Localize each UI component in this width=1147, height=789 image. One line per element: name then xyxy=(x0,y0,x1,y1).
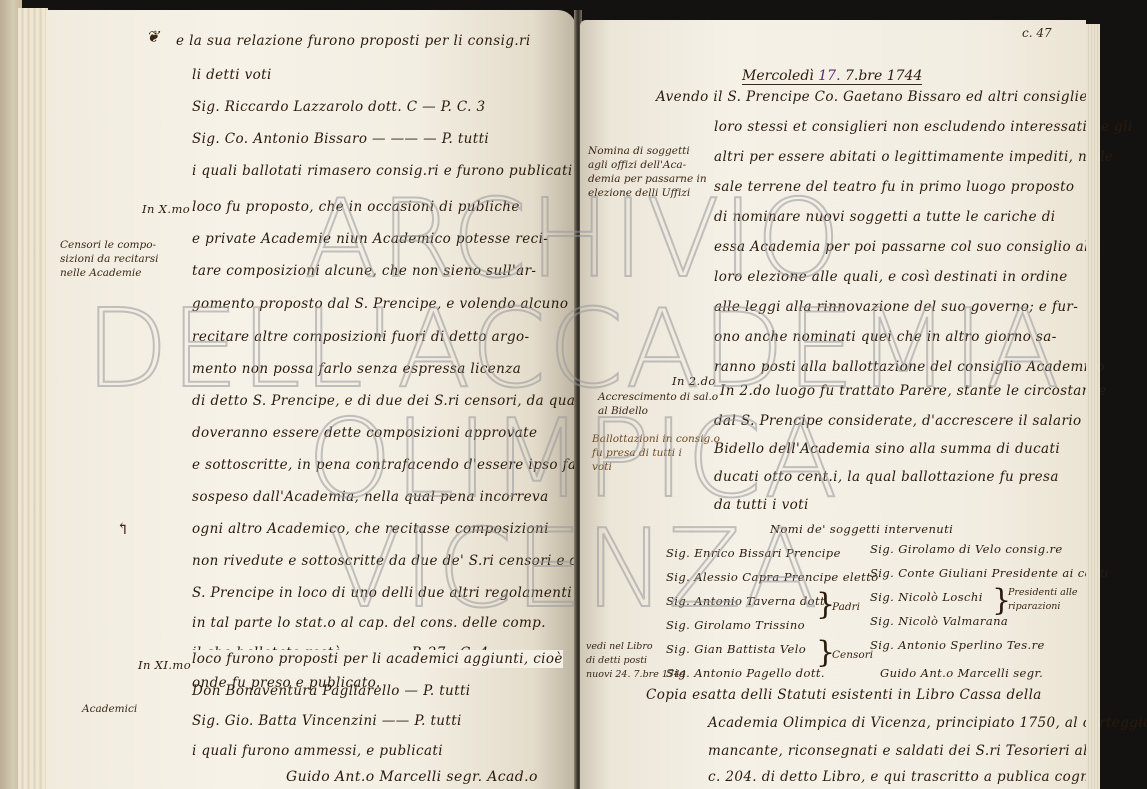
attendee: Sig. Conte Giuliani Presidente ai conti xyxy=(870,564,1109,582)
page-stack-right xyxy=(1086,24,1100,789)
text-line: mancante, riconsegnati e saldati dei S.r… xyxy=(708,742,1101,760)
attendee: Sig. Gian Battista Velo xyxy=(666,640,806,658)
group-label-censori: Censori xyxy=(832,648,873,662)
text-line: Copia esatta delli Statuti esistenti in … xyxy=(646,686,1042,704)
text-line: loro stessi et consiglieri non escludend… xyxy=(714,118,1133,136)
text-line: ranno posti alla ballottazione del consi… xyxy=(714,358,1105,376)
text-line: Don Bonaventura Pagliarello — P. tutti xyxy=(192,682,471,700)
attendee: Sig. Alessio Capra Prencipe eletto xyxy=(666,568,879,586)
attendee: Sig. Antonio Sperlino Tes.re xyxy=(870,636,1045,654)
margin-note-vedi: vedi nel Libro di detti posti nuovi 24. … xyxy=(586,640,686,682)
margin-note-ballottazione: Ballottazioni in consig.o fu presa di tu… xyxy=(592,432,720,474)
text-line: alle leggi alla rinnovazione del suo gov… xyxy=(714,298,1078,316)
text-line: Bidello dell'Academia sino alla summa di… xyxy=(714,440,1060,458)
heading-month-year: 7.bre 1744 xyxy=(845,68,922,84)
margin-note-bidello: Accrescimento di sal.o al Bidello xyxy=(598,390,718,418)
text-line: loro elezione alle quali, e così destina… xyxy=(714,268,1068,286)
text-line: Avendo il S. Prencipe Co. Gaetano Bissar… xyxy=(656,88,1099,106)
attendee: Sig. Girolamo Trissino xyxy=(666,616,805,634)
attendee: Sig. Antonio Pagello dott. xyxy=(666,664,825,682)
heading-day: 17. xyxy=(818,68,840,84)
line-prefix: In 2.do xyxy=(672,372,716,390)
group-label-presidenti: Presidenti alle riparazioni xyxy=(1008,586,1080,614)
manuscript-spread: ❦ e la sua relazione furono proposti per… xyxy=(0,0,1147,789)
folio-number: c. 47 xyxy=(1022,26,1052,40)
secretary-signature: Guido Ant.o Marcelli segr. Acad.o xyxy=(286,768,538,786)
heading-weekday: Mercoledì xyxy=(742,68,814,84)
right-page: c. 47 Mercoledì 17. 7.bre 1744 Avendo il… xyxy=(580,20,1086,789)
margin-note-nomina: Nomina di soggetti agli offizi dell'Aca-… xyxy=(588,144,707,200)
page-stack-left xyxy=(18,8,48,789)
session-date-heading: Mercoledì 17. 7.bre 1744 xyxy=(742,68,922,85)
attendees-heading: Nomi de' soggetti intervenuti xyxy=(770,520,953,538)
text-line: altri per essere abitati o legittimament… xyxy=(714,148,1113,166)
text-line: In 2.do luogo fu trattato Parere, stante… xyxy=(720,382,1107,400)
attendee: Sig. Enrico Bissari Prencipe xyxy=(666,544,841,562)
left-page-closing-block: loco furono proposti per li academici ag… xyxy=(46,10,576,789)
attendee: Sig. Nicolò Valmarana xyxy=(870,612,1008,630)
text-line: Sig. Gio. Batta Vincenzini —— P. tutti xyxy=(192,712,462,730)
text-line: loco furono proposti per li academici ag… xyxy=(192,650,563,668)
text-line: essa Academia per poi passarne col suo c… xyxy=(714,238,1102,256)
text-line: c. 204. di detto Libro, e qui trascritto… xyxy=(708,768,1099,786)
attendee: Sig. Antonio Taverna dott. xyxy=(666,592,829,610)
secretary-signature: Guido Ant.o Marcelli segr. xyxy=(880,664,1043,682)
text-line: sale terrene del teatro fu in primo luog… xyxy=(714,178,1074,196)
attendee: Sig. Girolamo di Velo consig.re xyxy=(870,540,1063,558)
attendee: Sig. Nicolò Loschi xyxy=(870,588,983,606)
text-line: dal S. Prencipe considerate, d'accrescer… xyxy=(714,412,1099,430)
text-line: ono anche nominati quei che in altro gio… xyxy=(714,328,1057,346)
text-line: Academia Olimpica di Vicenza, principiat… xyxy=(708,714,1147,732)
text-line: da tutti i voti xyxy=(714,496,809,514)
text-line: di nominare nuovi soggetti a tutte le ca… xyxy=(714,208,1055,226)
text-line: ducati otto cent.i, la qual ballottazion… xyxy=(714,468,1059,486)
text-line: i quali furono ammessi, e publicati xyxy=(192,742,443,760)
group-label-padri: Padri xyxy=(832,600,860,614)
